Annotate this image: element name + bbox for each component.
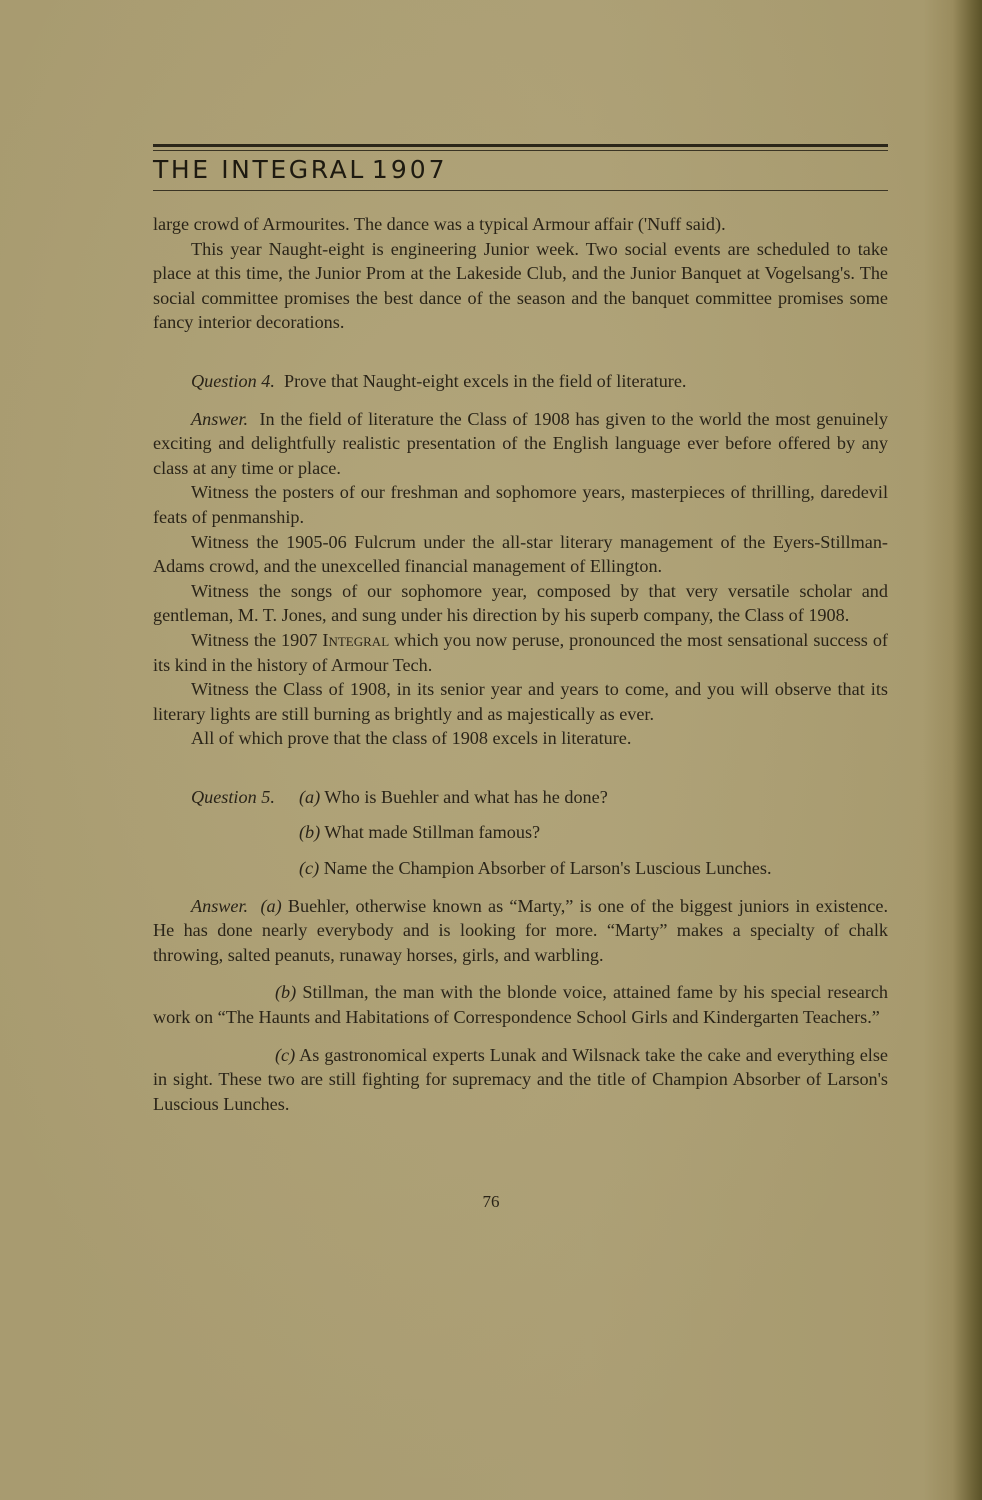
header-rule-thick	[153, 144, 888, 147]
publication-year: 1907	[372, 155, 448, 184]
item-text: Name the Champion Absorber of Larson's L…	[319, 858, 771, 878]
running-head: THE INTEGRAL1907	[153, 144, 888, 191]
question-4-text: Prove that Naught-eight excels in the fi…	[284, 371, 687, 391]
answer-5c: (c) As gastronomical experts Lunak and W…	[153, 1043, 888, 1117]
conclusion-4: All of which prove that the class of 190…	[153, 726, 888, 751]
question-4: Question 4. Prove that Naught-eight exce…	[153, 369, 888, 394]
witness-class: Witness the Class of 1908, in its senior…	[153, 677, 888, 726]
witness-integral-before: Witness the 1907	[191, 630, 322, 650]
question-4-label: Question 4.	[191, 371, 275, 391]
answer-text: As gastronomical experts Lunak and Wilsn…	[153, 1045, 888, 1114]
answer-4: Answer. In the field of literature the C…	[153, 407, 888, 481]
page-number: 76	[0, 1192, 982, 1212]
running-head-title: THE INTEGRAL1907	[153, 155, 888, 185]
witness-fulcrum: Witness the 1905-06 Fulcrum under the al…	[153, 530, 888, 579]
witness-songs: Witness the songs of our sophomore year,…	[153, 579, 888, 628]
item-text: What made Stillman famous?	[320, 822, 540, 842]
header-rule-bottom	[153, 190, 888, 191]
item-marker: (c)	[299, 858, 319, 878]
question-5-item-b: (b) What made Stillman famous?	[299, 820, 772, 845]
question-5: Question 5. (a) Who is Buehler and what …	[153, 785, 888, 881]
question-5-items: (a) Who is Buehler and what has he done?…	[299, 785, 772, 881]
answer-marker: (a)	[260, 896, 281, 916]
header-rule-thin	[153, 150, 888, 151]
question-5-item-a: (a) Who is Buehler and what has he done?	[299, 785, 772, 810]
question-5-item-c: (c) Name the Champion Absorber of Larson…	[299, 856, 772, 881]
answer-5-label: Answer.	[191, 896, 248, 916]
answer-marker: (c)	[275, 1045, 295, 1065]
item-marker: (b)	[299, 822, 320, 842]
witness-posters: Witness the posters of our freshman and …	[153, 480, 888, 529]
answer-5a: Answer. (a) Buehler, otherwise known as …	[153, 894, 888, 968]
witness-integral: Witness the 1907 Integral which you now …	[153, 628, 888, 677]
paragraph-junior-week: This year Naught-eight is engineering Ju…	[153, 237, 888, 335]
question-5-label: Question 5.	[153, 785, 299, 881]
answer-marker: (b)	[275, 982, 296, 1002]
body-text: large crowd of Armourites. The dance was…	[153, 212, 888, 1116]
item-marker: (a)	[299, 787, 320, 807]
paragraph-continued: large crowd of Armourites. The dance was…	[153, 212, 888, 237]
item-text: Who is Buehler and what has he done?	[320, 787, 608, 807]
answer-5b: (b) Stillman, the man with the blonde vo…	[153, 980, 888, 1029]
integral-smallcaps: Integral	[322, 630, 389, 650]
answer-text: Stillman, the man with the blonde voice,…	[153, 982, 888, 1027]
answer-4-text: In the field of literature the Class of …	[153, 409, 888, 478]
answer-4-label: Answer.	[191, 409, 248, 429]
publication-title: THE INTEGRAL	[153, 155, 366, 184]
